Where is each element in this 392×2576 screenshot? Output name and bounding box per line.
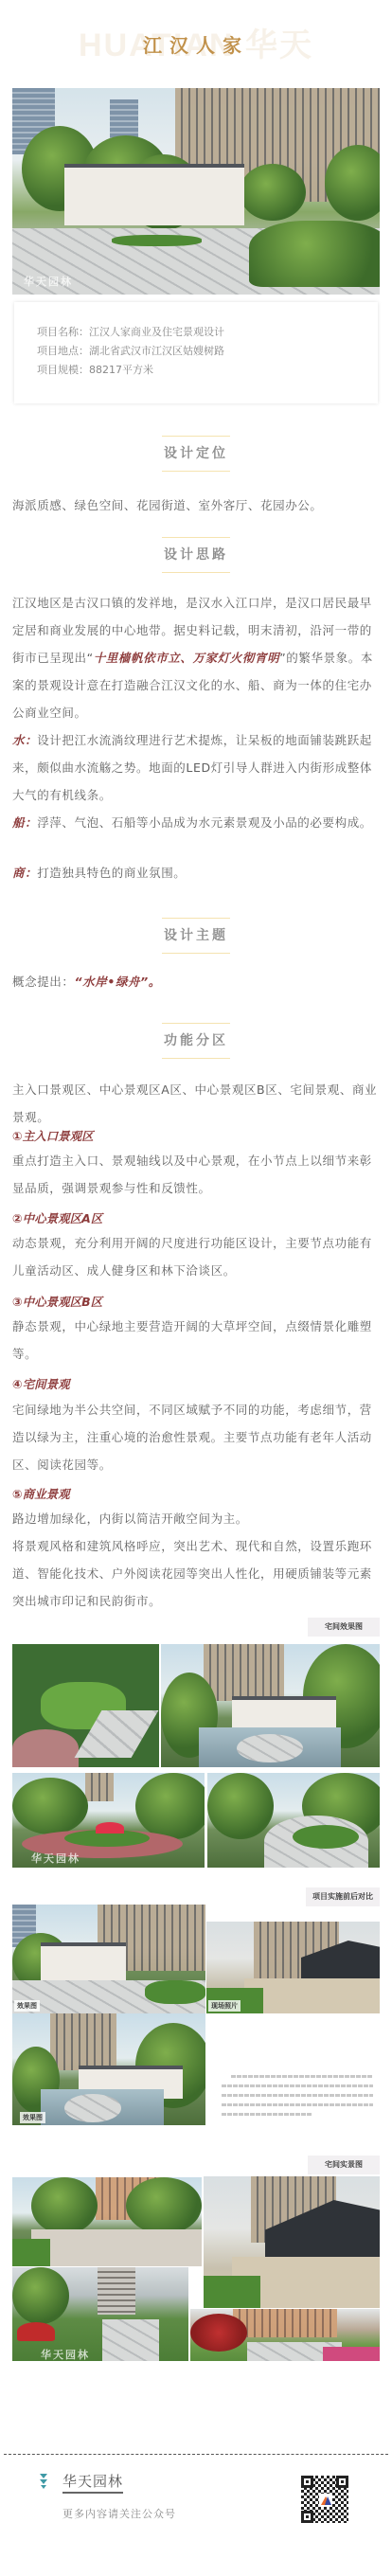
label-site-photo: 现场照片	[208, 2000, 241, 2012]
site-photo-pavilion	[204, 2176, 380, 2308]
zone-text-1: 重点打造主入口、景观轴线以及中心景观，在小节点上以细节来彰显品质，强调景观参与性…	[12, 1147, 382, 1202]
qr-code-icon	[299, 2474, 350, 2525]
footer-follow-text: 更多内容请关注公众号	[62, 2506, 176, 2521]
label-rendering: 效果图	[14, 2000, 40, 2012]
footer-divider	[4, 2454, 388, 2455]
section-heading-positioning: 设计定位	[162, 436, 230, 472]
project-location-row: 项目地点：湖北省武汉市江汉区姑嫂树路	[37, 342, 378, 361]
gallery-image-fountain	[161, 1644, 380, 1767]
comparison-rendering-1: 效果图	[12, 1905, 205, 2013]
site-photo-garden	[12, 2177, 202, 2266]
comparison-photo-1: 现场照片	[206, 1922, 380, 2013]
concept-item-commerce: 商：打造独具特色的商业氛围。	[12, 859, 382, 886]
theme-concept: “水岸•绿舟”。	[75, 975, 161, 989]
gallery-tag-site-photos: 宅间实景图	[308, 2156, 380, 2174]
concept-item-water: 水：设计把江水流淌纹理进行艺术提炼，让呆板的地面铺装跳跃起来，颇似曲水流觞之势。…	[12, 726, 382, 809]
zone-title-1: ①主入口景观区	[12, 1127, 94, 1146]
zone-title-2: ②中心景观区A区	[12, 1209, 102, 1228]
gallery-image-path	[207, 1773, 380, 1868]
article-header: HUATIAN 华天 江汉人家	[0, 27, 392, 64]
theme-text: 概念提出：“水岸•绿舟”。	[12, 968, 382, 995]
zone-title-4: ④宅间景观	[12, 1375, 70, 1394]
site-photo-playground: 华天园林	[12, 2267, 188, 2361]
zone-text-2: 动态景观，充分利用开阔的尺度进行功能区设计，主要节点功能有儿童活动区、成人健身区…	[12, 1229, 382, 1284]
zone-text-4: 宅间绿地为半公共空间，不同区域赋予不同的功能，考虑细节，营造以绿为主，注重心境的…	[12, 1396, 382, 1478]
hero-image: 华天园林	[12, 88, 380, 295]
hero-watermark-logo: 华天园林	[24, 274, 73, 289]
article-title: 江汉人家	[143, 34, 249, 57]
zones-closing: 将景观风格和建筑风格呼应，突出艺术、现代和自然，设置乐跑环道、智能化技术、户外阅…	[12, 1532, 382, 1615]
zone-title-3: ③中心景观区B区	[12, 1293, 102, 1312]
concept-intro: 江汉地区是古汉口镇的发祥地，是汉水入江口岸，是汉口居民最早定居和商业发展的中心地…	[12, 589, 382, 726]
zone-text-5: 路边增加绿化，内街以简洁开敞空间为主。	[12, 1505, 382, 1532]
section-heading-concept: 设计思路	[162, 537, 230, 573]
footer-brand-link[interactable]: 华天园林	[62, 2472, 123, 2494]
zones-intro: 主入口景观区、中心景观区A区、中心景观区B区、宅间景观、商业景观。	[12, 1076, 382, 1131]
site-photo-redmaple	[190, 2309, 380, 2361]
chevron-down-icon	[39, 2474, 47, 2490]
project-scale-row: 项目规模：88217平方米	[37, 361, 378, 380]
gallery-watermark-logo: 华天园林	[31, 1851, 80, 1866]
project-name-row: 项目名称：江汉人家商业及住宅景观设计	[37, 323, 378, 342]
gallery-image-aerial	[12, 1644, 159, 1767]
positioning-text: 海派质感、绿色空间、花园街道、室外客厅、花园办公。	[12, 492, 382, 519]
concept-item-boat: 船：浮萍、气泡、石船等小品成为水元素景观及小品的必要构成。	[12, 809, 382, 836]
gallery-tag-rendering: 宅间效果图	[308, 1618, 380, 1637]
gallery-image-playground: 华天园林	[12, 1773, 205, 1868]
highlight-quote: 十里樯帆依市立、万家灯火彻宵明	[94, 651, 280, 665]
article-page: HUATIAN 华天 江汉人家 华天园林 项目名称：江汉人家商业及住宅景观设计 …	[0, 0, 392, 2576]
gallery-tag-comparison: 项目实施前后对比	[306, 1887, 380, 1906]
site-photo-watermark: 华天园林	[41, 2347, 90, 2361]
comparison-rendering-2: 效果图	[12, 2013, 205, 2125]
zone-title-5: ⑤商业景观	[12, 1485, 70, 1504]
zone-text-3: 静态景观，中心绿地主要营造开阔的大草坪空间，点缀情景化雕塑等。	[12, 1313, 382, 1368]
label-rendering-2: 效果图	[20, 2112, 45, 2123]
section-heading-theme: 设计主题	[162, 918, 230, 954]
project-info-card: 项目名称：江汉人家商业及住宅景观设计 项目地点：湖北省武汉市江汉区姑嫂树路 项目…	[14, 302, 378, 403]
comparison-caption	[222, 2068, 373, 2122]
section-heading-zones: 功能分区	[162, 1023, 230, 1059]
